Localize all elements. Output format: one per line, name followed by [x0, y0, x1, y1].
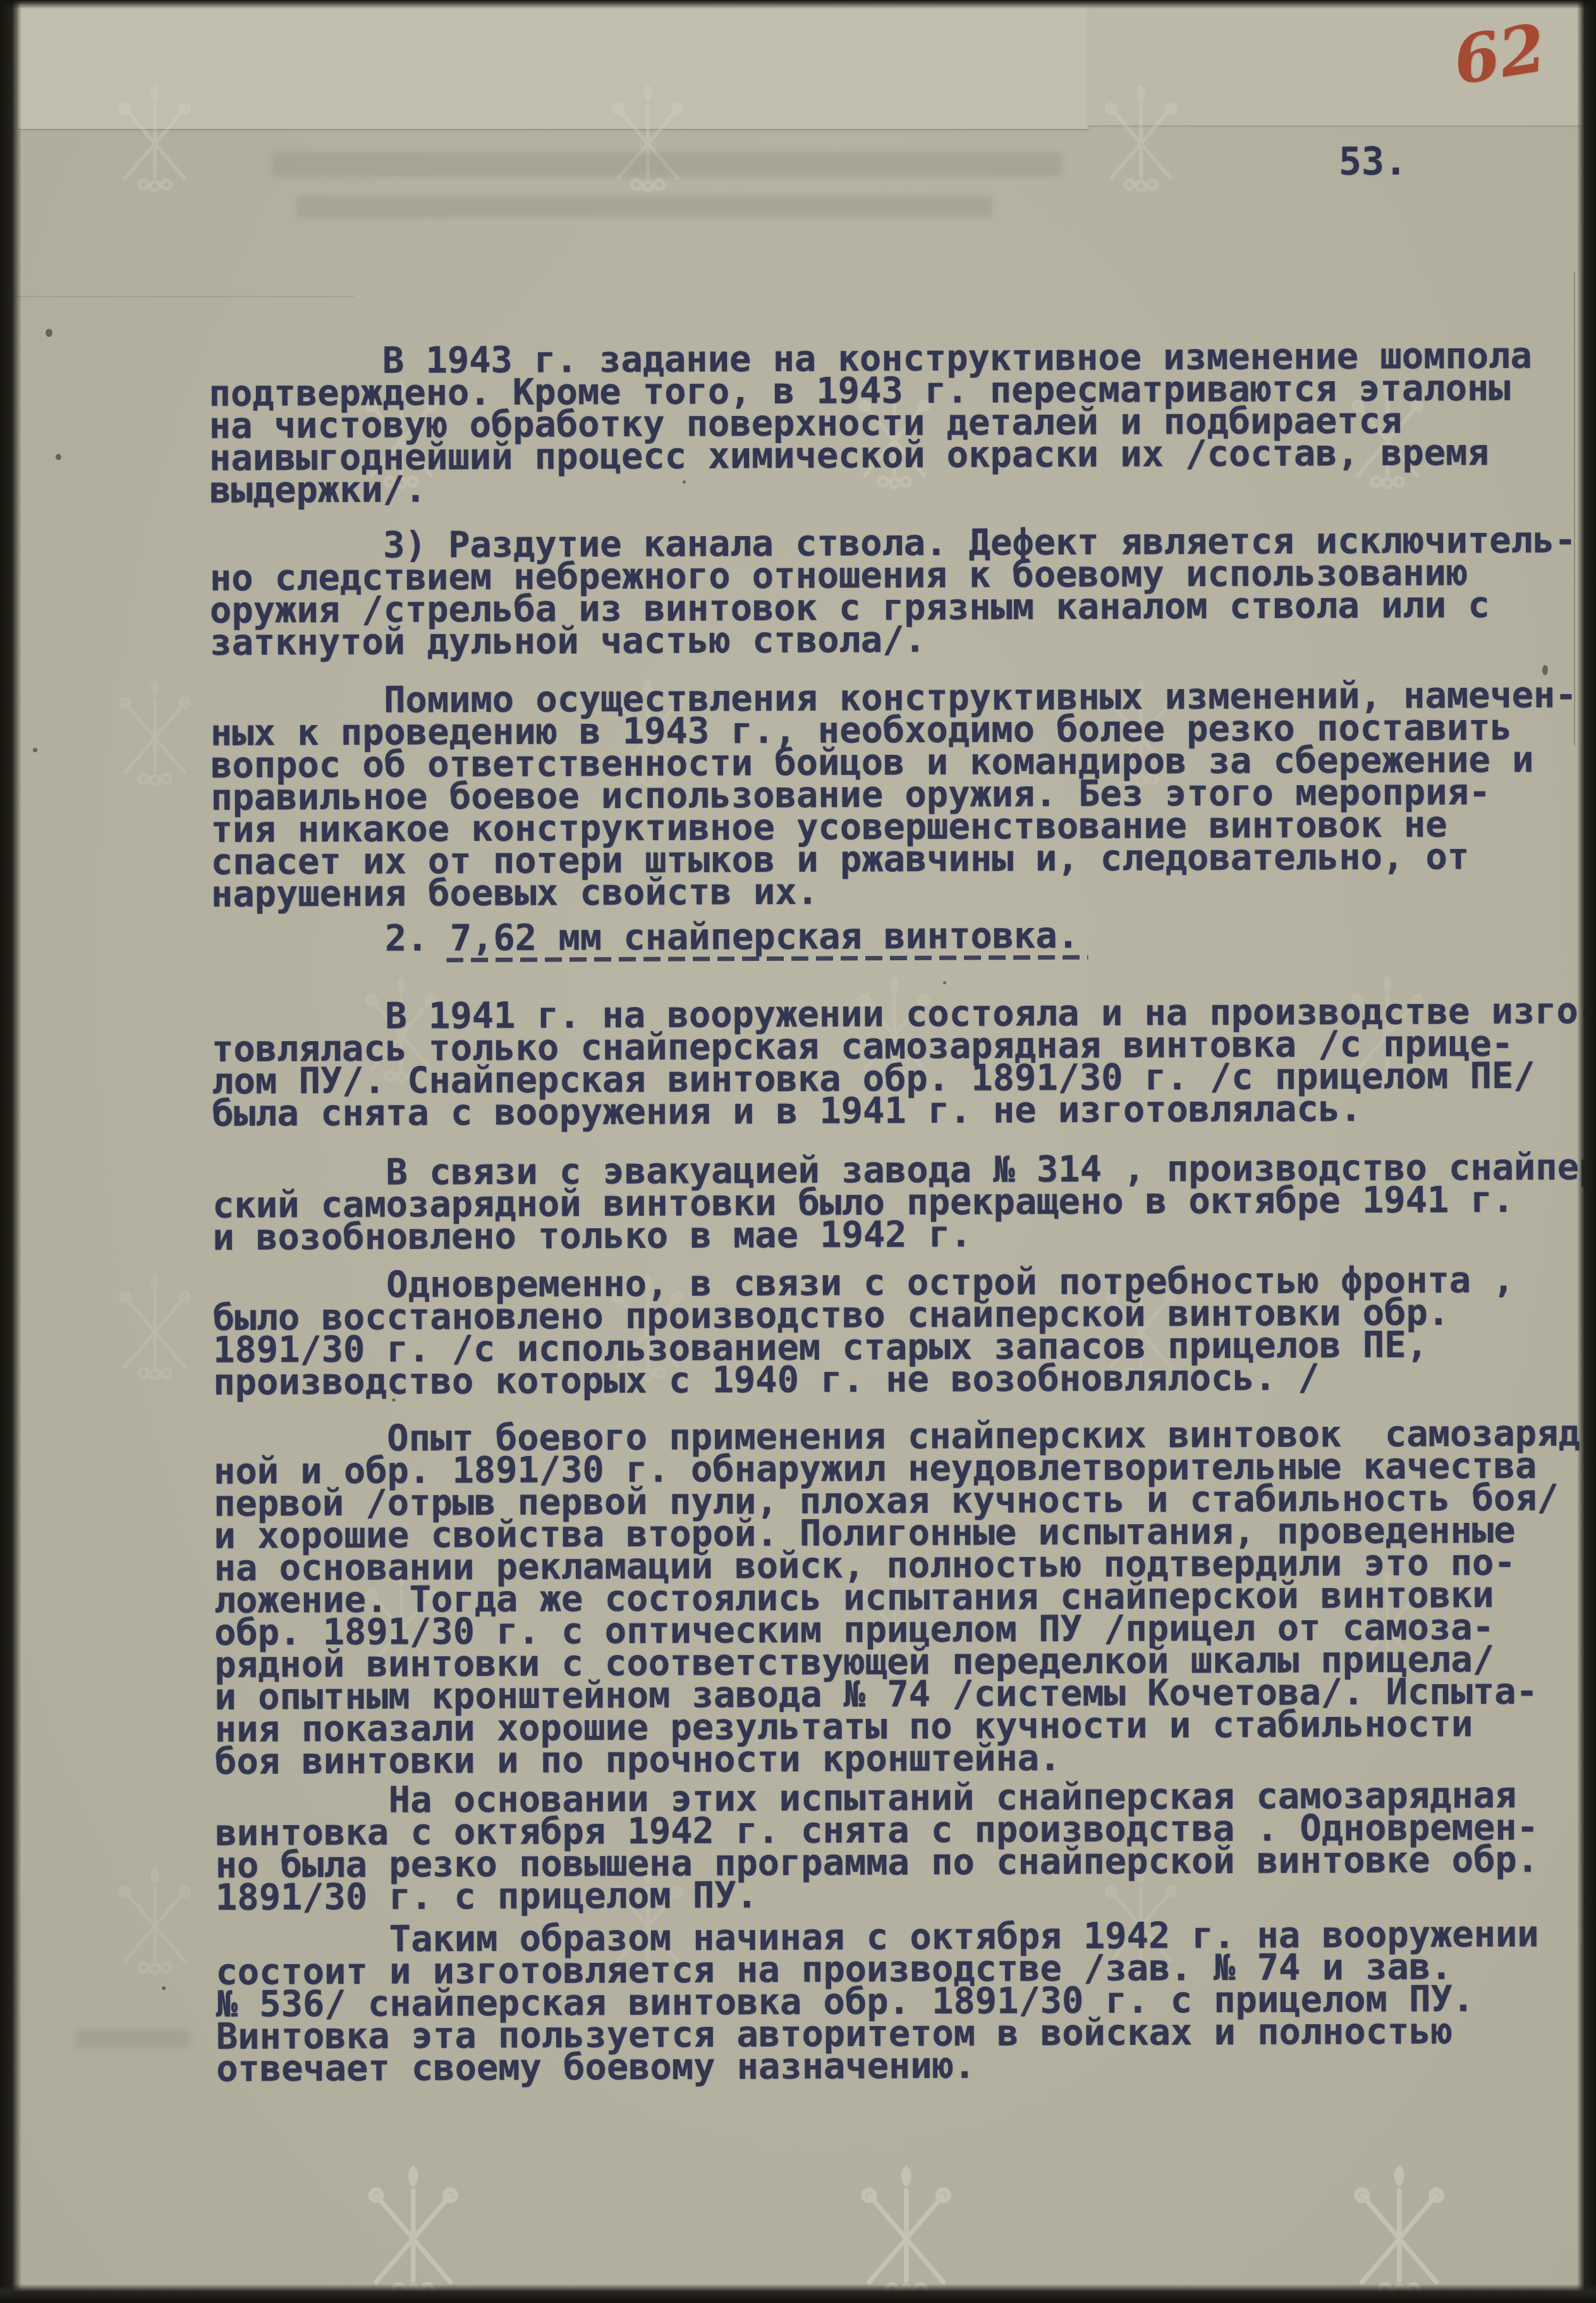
- ink-speck: [162, 1986, 166, 1990]
- ink-speck: [943, 981, 946, 984]
- ink-speck: [392, 1398, 396, 1402]
- scan-edge-bottom: [0, 2284, 1596, 2303]
- paragraph: В 1941 г. на вооружении состояла и на пр…: [212, 995, 1596, 1130]
- paragraph: В связи с эвакуацией завода № 314 , прои…: [212, 1151, 1596, 1254]
- paragraph: Таким образом начиная с октября 1942 г. …: [216, 1919, 1539, 2086]
- paragraph: Помимо осуществления конструктивных изме…: [210, 679, 1578, 910]
- document-text: В 1943 г. задание на конструктивное изме…: [0, 0, 1596, 2303]
- ink-speck: [56, 454, 61, 460]
- heading-underlined-text: 7,62 мм снайперская винтовка.: [450, 920, 1079, 955]
- ink-speck: [33, 748, 37, 752]
- scanned-page: 62 53. В 1943 г. задание на конструктивн…: [0, 0, 1596, 2303]
- scan-edge-right: [1577, 0, 1596, 2303]
- paragraph: Опыт боевого применения снайперских винт…: [214, 1417, 1596, 1778]
- paragraph: На основании этих испытаний снайперская …: [215, 1780, 1538, 1914]
- paragraph: В 1943 г. задание на конструктивное изме…: [209, 340, 1532, 507]
- ink-speck: [1542, 665, 1548, 675]
- scan-edge-left: [0, 0, 21, 2303]
- ink-speck: [683, 480, 686, 484]
- heading-number: 2.: [211, 917, 450, 960]
- paragraph: 3) Раздутие канала ствола. Дефект являет…: [209, 524, 1576, 659]
- section-heading: 2. 7,62 мм снайперская винтовка.: [211, 920, 1079, 956]
- paragraph: Одновременно, в связи с острой потребнос…: [213, 1264, 1515, 1399]
- scan-edge-top: [0, 0, 1596, 9]
- ink-speck: [46, 329, 52, 337]
